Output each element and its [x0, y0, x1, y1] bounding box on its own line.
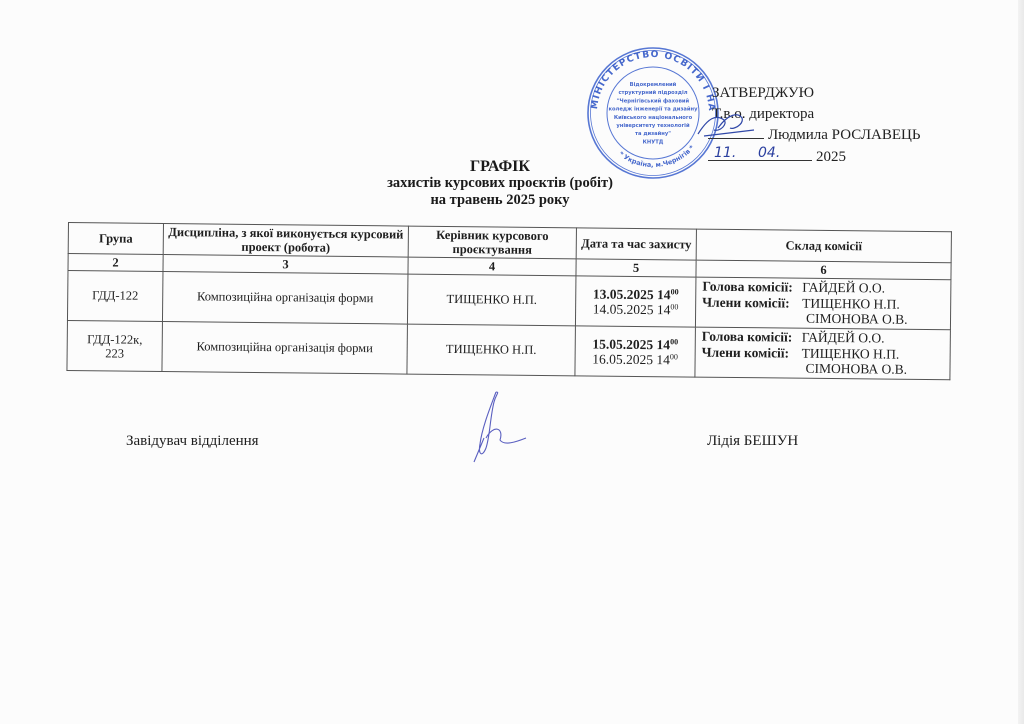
title-period: на травень 2025 року [330, 192, 670, 209]
cell-group: ГДД-122к,223 [67, 320, 163, 371]
stamp-inner-line: "Чернігівський фаховий [617, 97, 690, 104]
header-discipline: Дисципліна, з якої виконується курсовий … [163, 224, 408, 258]
scan-edge [1018, 0, 1024, 724]
cell-dates: 13.05.2025 1400 14.05.2025 1400 [575, 276, 696, 327]
column-number: 2 [68, 254, 163, 272]
footer-role: Завідувач відділення [126, 433, 259, 450]
approval-name: Людмила РОСЛАВЕЦЬ [768, 127, 920, 143]
approval-year: 2025 [816, 149, 846, 165]
table-row: ГДД-122к,223 Композиційна організація фо… [67, 320, 950, 379]
header-commission: Склад комісії [696, 229, 951, 263]
stamp-inner-line: структурний підрозділ [618, 89, 687, 96]
stamp-inner-line: та дизайну" [635, 130, 671, 137]
cell-commission: Голова комісії:ГАЙДЕЙ О.О. Члени комісії… [695, 277, 951, 330]
approval-signature-line: Людмила РОСЛАВЕЦЬ [708, 124, 920, 146]
commission-member: СІМОНОВА О.В. [702, 310, 946, 328]
stamp-inner-line: університету технологій [616, 122, 690, 129]
date-blank: 11. 04. [708, 146, 812, 161]
head-signature-icon [460, 388, 540, 468]
stamp-inner-line: КНУТД [643, 139, 664, 145]
commission-member: СІМОНОВА О.В. [701, 360, 945, 378]
director-signature-icon [694, 110, 764, 140]
signature-blank [708, 124, 764, 139]
stamp-inner-line: Київського національного [614, 115, 693, 121]
defense-date-primary: 13.05.2025 1400 [580, 286, 691, 302]
cell-supervisor: ТИЩЕНКО Н.П. [407, 274, 576, 326]
document-page: МІНІСТЕРСТВО ОСВІТИ І НАУКИ УКРАЇНИ * Ук… [0, 0, 1024, 724]
cell-dates: 15.05.2025 1400 16.05.2025 1400 [575, 326, 696, 377]
defense-date-primary: 15.05.2025 1400 [580, 336, 691, 352]
table-row: ГДД-122 Композиційна організація форми Т… [67, 271, 950, 330]
header-group: Група [68, 223, 163, 255]
approval-date-month: 04. [758, 143, 780, 164]
approval-date-line: 11. 04. 2025 [708, 146, 920, 168]
cell-discipline: Композиційна організація форми [162, 321, 408, 374]
cell-commission: Голова комісії:ГАЙДЕЙ О.О. Члени комісії… [695, 327, 951, 380]
footer-name: Лідія БЕШУН [707, 433, 798, 450]
header-date: Дата та час захисту [576, 228, 696, 260]
defense-date-secondary: 16.05.2025 1400 [580, 351, 691, 367]
schedule-table: Група Дисципліна, з якої виконується кур… [66, 222, 952, 380]
header-supervisor: Керівник курсового проєктування [408, 226, 576, 259]
column-number: 5 [576, 259, 696, 277]
stamp-inner-line: Відокремлений [630, 81, 677, 88]
cell-group: ГДД-122 [67, 271, 163, 322]
approval-block: ЗАТВЕРДЖУЮ Т.в.о. директора Людмила РОСЛ… [712, 83, 920, 167]
approval-heading: ЗАТВЕРДЖУЮ [712, 83, 920, 104]
column-number: 4 [408, 257, 576, 276]
cell-supervisor: ТИЩЕНКО Н.П. [407, 324, 576, 376]
stamp-inner-line: коледж інженерії та дизайну [608, 106, 698, 113]
cell-discipline: Композиційна організація форми [162, 271, 408, 324]
approval-date-day: 11. [714, 143, 736, 164]
defense-date-secondary: 14.05.2025 1400 [580, 301, 691, 317]
